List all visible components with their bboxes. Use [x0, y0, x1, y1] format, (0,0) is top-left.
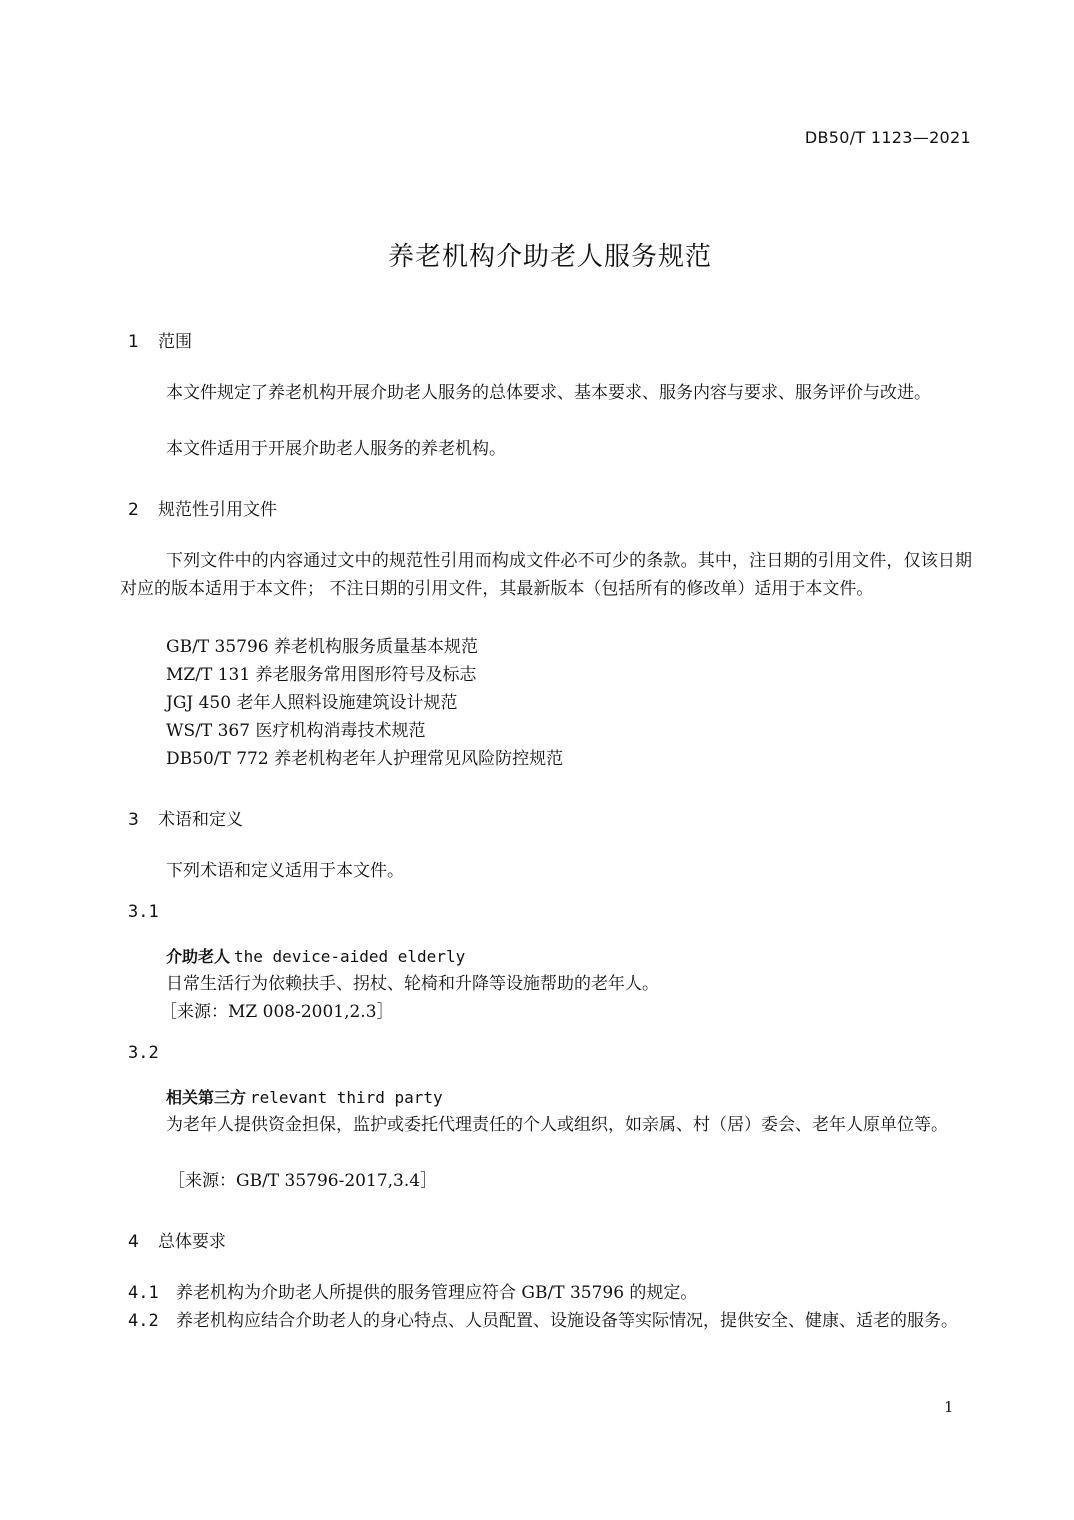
term-definition: 日常生活行为依赖扶手、拐杖、轮椅和升降等设施帮助的老年人。	[166, 970, 659, 998]
term-definition: 为老年人提供资金担保，监护或委托代理责任的个人或组织，如亲属、村（居）委会、老年…	[120, 1111, 972, 1139]
section-heading-2: 2规范性引用文件	[128, 495, 277, 520]
clause-number: 4.2	[128, 1307, 176, 1335]
document-title: 养老机构介助老人服务规范	[0, 236, 1074, 273]
term-chinese: 介助老人	[166, 947, 230, 966]
section-heading-4: 4总体要求	[128, 1227, 226, 1252]
document-code: DB50/T 1123—2021	[805, 128, 971, 147]
clause-number: 3.1	[128, 902, 159, 922]
references-intro: 下列文件中的内容通过文中的规范性引用而构成文件必不可少的条款。其中，注日期的引用…	[120, 547, 972, 603]
requirement-item: 4.1养老机构为介助老人所提供的服务管理应符合 GB/T 35796 的规定。	[128, 1279, 697, 1307]
clause-number: 4.1	[128, 1279, 176, 1307]
reference-item: MZ/T 131 养老服务常用图形符号及标志	[166, 661, 477, 689]
reference-item: DB50/T 772 养老机构老年人护理常见风险防控规范	[166, 745, 563, 773]
requirement-item: 4.2养老机构应结合介助老人的身心特点、人员配置、设施设备等实际情况，提供安全、…	[128, 1307, 972, 1335]
reference-item: JGJ 450 老年人照料设施建筑设计规范	[166, 689, 457, 717]
reference-item: GB/T 35796 养老机构服务质量基本规范	[166, 633, 478, 661]
section-title: 范围	[158, 332, 192, 352]
term-heading: 相关第三方 relevant third party	[166, 1085, 443, 1108]
section-number: 4	[128, 1232, 158, 1252]
section-title: 术语和定义	[158, 810, 243, 830]
clause-number: 3.2	[128, 1043, 159, 1063]
requirement-text: 养老机构应结合介助老人的身心特点、人员配置、设施设备等实际情况，提供安全、健康、…	[176, 1311, 958, 1331]
scope-paragraph-2: 本文件适用于开展介助老人服务的养老机构。	[120, 435, 972, 463]
section-title: 规范性引用文件	[158, 500, 277, 520]
section-title: 总体要求	[158, 1232, 226, 1252]
section-number: 2	[128, 500, 158, 520]
document-page: DB50/T 1123—2021 养老机构介助老人服务规范 1范围 本文件规定了…	[0, 0, 1074, 1520]
section-heading-3: 3术语和定义	[128, 805, 243, 830]
page-number: 1	[944, 1398, 954, 1416]
term-source: ［来源：GB/T 35796-2017,3.4］	[168, 1167, 437, 1195]
term-english: the device-aided elderly	[234, 947, 465, 966]
section-heading-1: 1范围	[128, 327, 192, 352]
section-number: 1	[128, 332, 158, 352]
term-chinese: 相关第三方	[166, 1088, 246, 1107]
section-number: 3	[128, 810, 158, 830]
terms-intro: 下列术语和定义适用于本文件。	[166, 857, 404, 885]
term-source: ［来源：MZ 008-2001,2.3］	[160, 998, 394, 1026]
scope-paragraph-1: 本文件规定了养老机构开展介助老人服务的总体要求、基本要求、服务内容与要求、服务评…	[120, 379, 972, 407]
term-english: relevant third party	[250, 1088, 443, 1107]
requirement-text: 养老机构为介助老人所提供的服务管理应符合 GB/T 35796 的规定。	[176, 1283, 697, 1303]
reference-item: WS/T 367 医疗机构消毒技术规范	[166, 717, 425, 745]
term-heading: 介助老人 the device-aided elderly	[166, 944, 465, 967]
